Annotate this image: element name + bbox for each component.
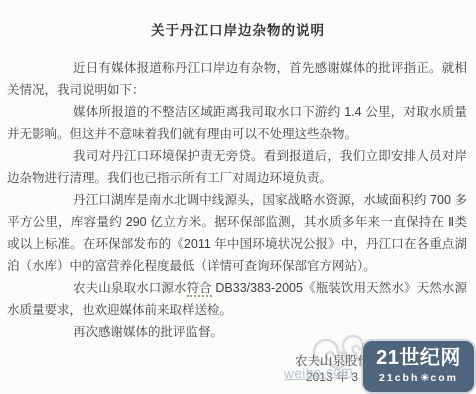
logo-domain-post: com xyxy=(430,372,458,384)
paragraph-standard-pre: 农夫山泉取水口源水 xyxy=(73,281,187,295)
paragraph-cleanup: 我司对丹江口环境保护责无旁贷。看到报道后，我们立即安排人员对岸边杂物进行清理。我… xyxy=(7,145,467,189)
document-title: 关于丹江口岸边杂物的说明 xyxy=(0,0,476,39)
paragraph-distance: 媒体所报道的不整洁区域距离我司取水口下游约 1.4 公里，对取水质量并无影响。但… xyxy=(7,101,467,145)
paragraph-water-quality: 丹江口湖库是南水北调中线源头，国家战略水资源，水域面积约 700 多平方公里，库… xyxy=(7,189,467,277)
document-body: 近日有媒体报道称丹江口岸边有杂物，首先感谢媒体的批评指正。就相关情况，我司说明如… xyxy=(0,57,476,343)
weibo-watermark: weibo.com xyxy=(284,364,354,382)
paragraph-intro: 近日有媒体报道称丹江口岸边有杂物，首先感谢媒体的批评指正。就相关情况，我司说明如… xyxy=(7,57,467,101)
news-site-logo-badge: 21世纪网 21cbh☀com xyxy=(363,341,474,392)
spellcheck-squiggle-text: 符合 xyxy=(187,281,212,297)
paragraph-standard: 农夫山泉取水口源水符合 DB33/383-2005《瓶装饮用天然水》天然水源水质… xyxy=(7,277,467,321)
paragraph-thanks: 再次感谢媒体的批评监督。 xyxy=(7,321,467,343)
logo-site-name: 21世纪网 xyxy=(363,341,474,372)
logo-domain-pre: 21cbh xyxy=(379,372,419,384)
sun-icon: ☀ xyxy=(420,373,429,384)
logo-domain: 21cbh☀com xyxy=(363,372,474,385)
document-page: 关于丹江口岸边杂物的说明 近日有媒体报道称丹江口岸边有杂物，首先感谢媒体的批评指… xyxy=(0,0,476,394)
